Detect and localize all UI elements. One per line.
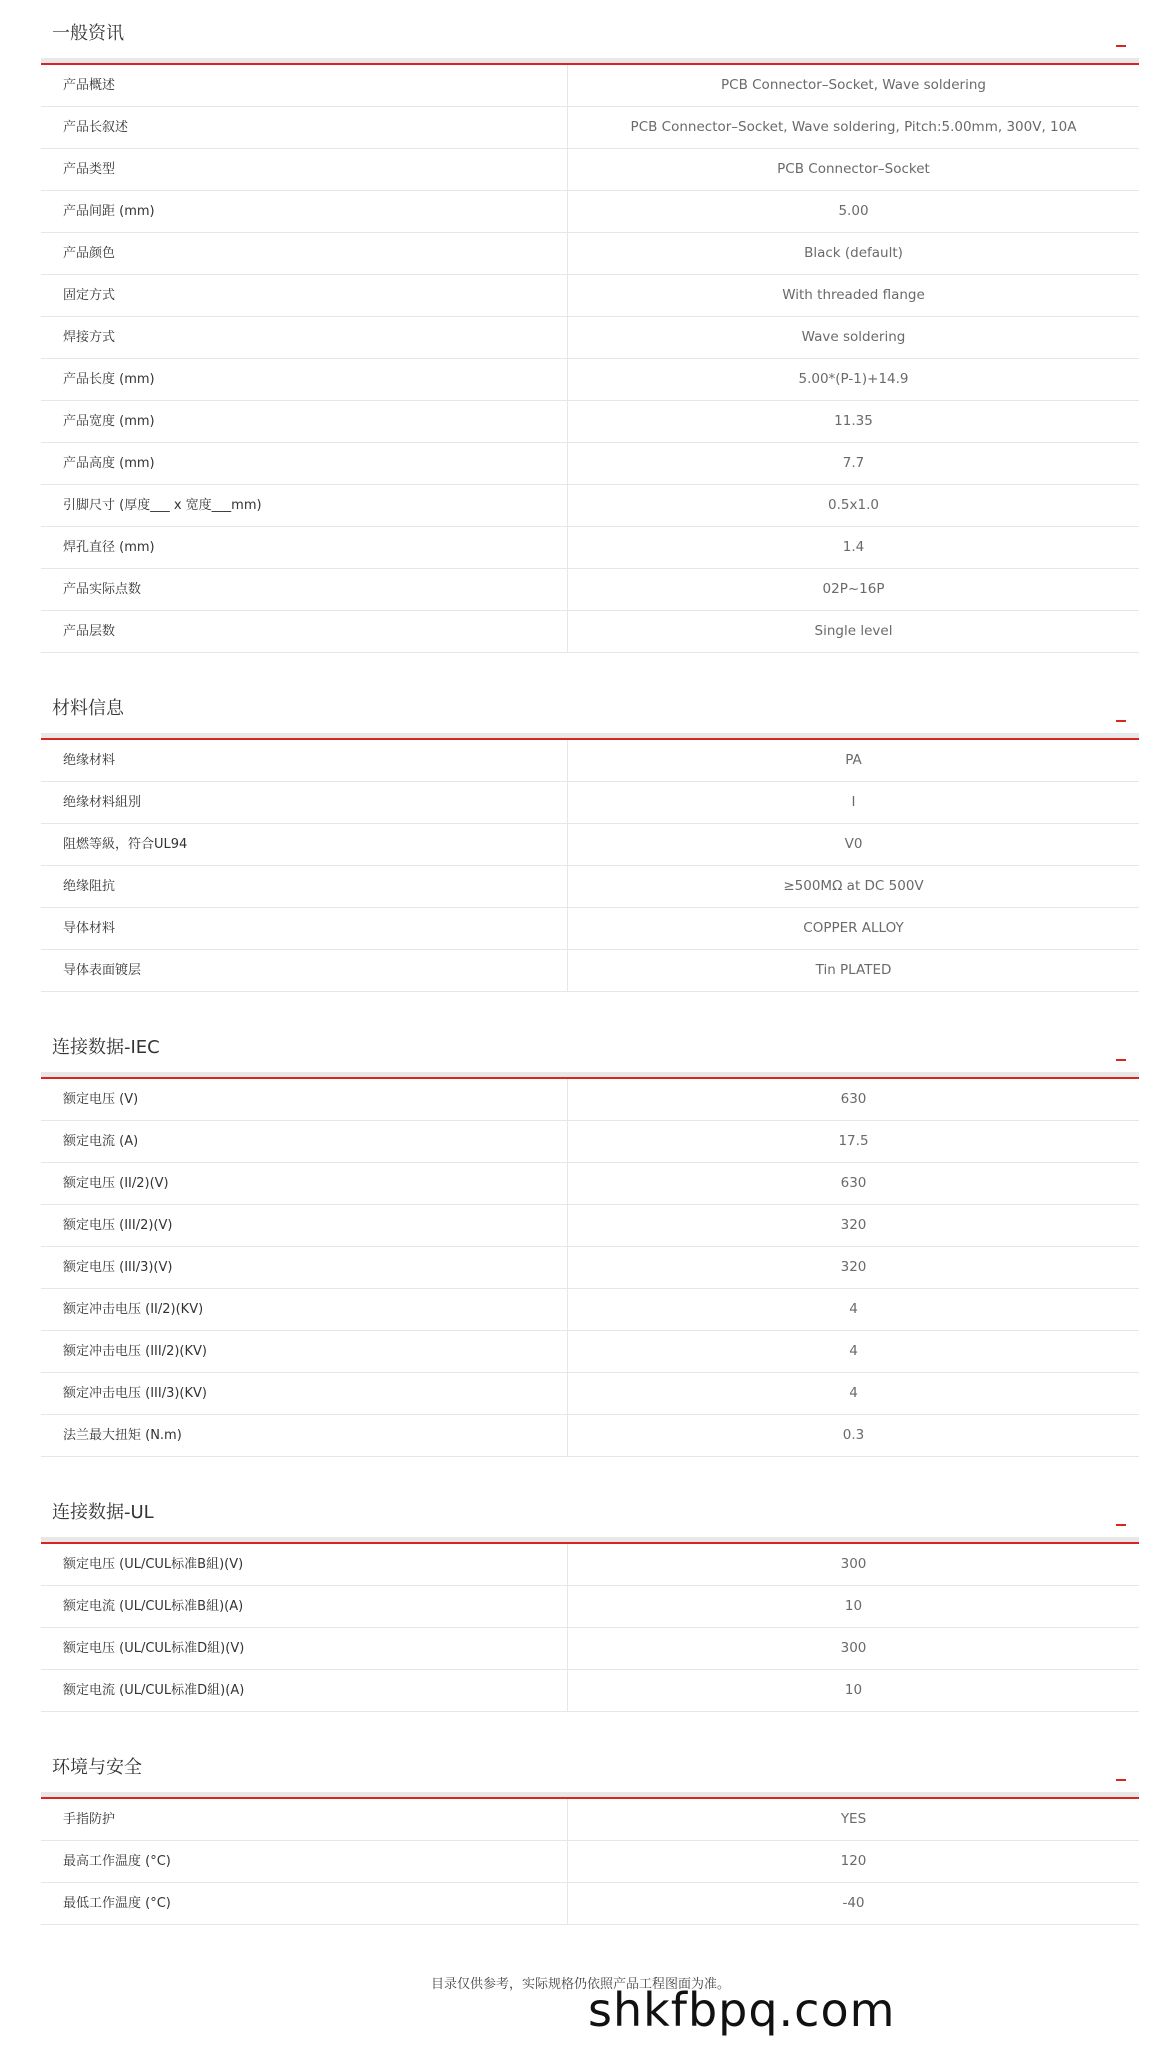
- spec-label: 额定电流 (A): [41, 1121, 568, 1162]
- spec-label: 产品宽度 (mm): [41, 401, 568, 442]
- spec-table: 绝缘材料PA绝缘材料組別I阻燃等級，符合UL94V0绝缘阻抗≥500MΩ at …: [41, 740, 1139, 992]
- spec-value: YES: [568, 1799, 1139, 1840]
- spec-value: 5.00*(P-1)+14.9: [568, 359, 1139, 400]
- spec-label: 产品长度 (mm): [41, 359, 568, 400]
- section-header[interactable]: 材料信息: [41, 675, 1139, 733]
- spec-label: 产品实际点数: [41, 569, 568, 610]
- spec-label: 产品长叙述: [41, 107, 568, 148]
- table-row: 额定电压 (UL/CUL标准D組)(V)300: [41, 1628, 1139, 1670]
- spec-value: Tin PLATED: [568, 950, 1139, 991]
- spec-value: Wave soldering: [568, 317, 1139, 358]
- table-row: 最低工作温度 (°C)-40: [41, 1883, 1139, 1925]
- spec-value: ≥500MΩ at DC 500V: [568, 866, 1139, 907]
- table-row: 绝缘材料組別I: [41, 782, 1139, 824]
- section-header[interactable]: 连接数据-UL: [41, 1479, 1139, 1537]
- spec-table: 额定电压 (UL/CUL标准B組)(V)300额定电流 (UL/CUL标准B組)…: [41, 1544, 1139, 1712]
- table-row: 额定电压 (V)630: [41, 1079, 1139, 1121]
- spec-value: With threaded flange: [568, 275, 1139, 316]
- spec-value: 02P~16P: [568, 569, 1139, 610]
- section-header[interactable]: 环境与安全: [41, 1734, 1139, 1792]
- spec-label: 法兰最大扭矩 (N.m): [41, 1415, 568, 1456]
- section-material-info: 材料信息 绝缘材料PA绝缘材料組別I阻燃等級，符合UL94V0绝缘阻抗≥500M…: [41, 675, 1139, 992]
- table-row: 额定冲击电压 (III/2)(KV)4: [41, 1331, 1139, 1373]
- table-row: 额定电压 (II/2)(V)630: [41, 1163, 1139, 1205]
- spec-value: 300: [568, 1544, 1139, 1585]
- table-row: 额定电压 (III/2)(V)320: [41, 1205, 1139, 1247]
- spec-label: 额定电流 (UL/CUL标准B組)(A): [41, 1586, 568, 1627]
- section-connection-ul: 连接数据-UL 额定电压 (UL/CUL标准B組)(V)300额定电流 (UL/…: [41, 1479, 1139, 1712]
- spec-label: 额定冲击电压 (II/2)(KV): [41, 1289, 568, 1330]
- spec-label: 产品高度 (mm): [41, 443, 568, 484]
- table-row: 法兰最大扭矩 (N.m)0.3: [41, 1415, 1139, 1457]
- spec-value: 4: [568, 1331, 1139, 1372]
- spec-value: COPPER ALLOY: [568, 908, 1139, 949]
- watermark-text: shkfbpq.com: [588, 1985, 895, 2035]
- spec-value: 0.5x1.0: [568, 485, 1139, 526]
- spec-table: 额定电压 (V)630额定电流 (A)17.5额定电压 (II/2)(V)630…: [41, 1079, 1139, 1457]
- table-row: 额定电流 (UL/CUL标准B組)(A)10: [41, 1586, 1139, 1628]
- spec-value: 1.4: [568, 527, 1139, 568]
- table-row: 产品颜色Black (default): [41, 233, 1139, 275]
- spec-label: 手指防护: [41, 1799, 568, 1840]
- spec-label: 导体材料: [41, 908, 568, 949]
- table-row: 产品长度 (mm)5.00*(P-1)+14.9: [41, 359, 1139, 401]
- spec-label: 额定冲击电压 (III/3)(KV): [41, 1373, 568, 1414]
- table-row: 导体材料COPPER ALLOY: [41, 908, 1139, 950]
- spec-label: 产品间距 (mm): [41, 191, 568, 232]
- spec-value: 120: [568, 1841, 1139, 1882]
- spec-value: I: [568, 782, 1139, 823]
- spec-label: 额定电压 (UL/CUL标准B組)(V): [41, 1544, 568, 1585]
- section-environment-safety: 环境与安全 手指防护YES最高工作温度 (°C)120最低工作温度 (°C)-4…: [41, 1734, 1139, 1925]
- collapse-minus-icon[interactable]: [1116, 1524, 1126, 1526]
- table-row: 产品概述PCB Connector–Socket, Wave soldering: [41, 65, 1139, 107]
- spec-value: PA: [568, 740, 1139, 781]
- spec-value: 0.3: [568, 1415, 1139, 1456]
- spec-page: 一般资讯 产品概述PCB Connector–Socket, Wave sold…: [41, 0, 1139, 1947]
- section-header[interactable]: 一般资讯: [41, 0, 1139, 58]
- table-row: 额定电压 (III/3)(V)320: [41, 1247, 1139, 1289]
- table-row: 绝缘材料PA: [41, 740, 1139, 782]
- spec-label: 导体表面镀层: [41, 950, 568, 991]
- spec-label: 焊孔直径 (mm): [41, 527, 568, 568]
- section-title: 连接数据-IEC: [52, 1036, 160, 1060]
- table-row: 产品类型PCB Connector–Socket: [41, 149, 1139, 191]
- spec-value: V0: [568, 824, 1139, 865]
- section-title: 一般资讯: [52, 22, 124, 46]
- spec-label: 额定电压 (UL/CUL标准D組)(V): [41, 1628, 568, 1669]
- table-row: 产品高度 (mm)7.7: [41, 443, 1139, 485]
- spec-label: 产品类型: [41, 149, 568, 190]
- collapse-minus-icon[interactable]: [1116, 720, 1126, 722]
- spec-value: 7.7: [568, 443, 1139, 484]
- spec-value: 10: [568, 1586, 1139, 1627]
- spec-label: 产品概述: [41, 65, 568, 106]
- spec-table: 产品概述PCB Connector–Socket, Wave soldering…: [41, 65, 1139, 653]
- spec-label: 产品颜色: [41, 233, 568, 274]
- spec-value: 11.35: [568, 401, 1139, 442]
- table-row: 额定电流 (UL/CUL标准D組)(A)10: [41, 1670, 1139, 1712]
- table-row: 产品长叙述PCB Connector–Socket, Wave solderin…: [41, 107, 1139, 149]
- spec-value: 4: [568, 1289, 1139, 1330]
- table-row: 额定电压 (UL/CUL标准B組)(V)300: [41, 1544, 1139, 1586]
- spec-label: 额定电流 (UL/CUL标准D組)(A): [41, 1670, 568, 1711]
- spec-value: 10: [568, 1670, 1139, 1711]
- spec-value: 630: [568, 1163, 1139, 1204]
- section-title: 连接数据-UL: [52, 1501, 154, 1525]
- table-row: 焊接方式Wave soldering: [41, 317, 1139, 359]
- spec-value: PCB Connector–Socket, Wave soldering: [568, 65, 1139, 106]
- table-row: 固定方式With threaded flange: [41, 275, 1139, 317]
- spec-value: Single level: [568, 611, 1139, 652]
- spec-label: 最高工作温度 (°C): [41, 1841, 568, 1882]
- spec-value: Black (default): [568, 233, 1139, 274]
- spec-label: 额定电压 (V): [41, 1079, 568, 1120]
- table-row: 额定冲击电压 (II/2)(KV)4: [41, 1289, 1139, 1331]
- spec-label: 最低工作温度 (°C): [41, 1883, 568, 1924]
- spec-value: 4: [568, 1373, 1139, 1414]
- table-row: 额定冲击电压 (III/3)(KV)4: [41, 1373, 1139, 1415]
- spec-label: 阻燃等級，符合UL94: [41, 824, 568, 865]
- table-row: 产品间距 (mm)5.00: [41, 191, 1139, 233]
- table-row: 产品宽度 (mm)11.35: [41, 401, 1139, 443]
- table-row: 阻燃等級，符合UL94V0: [41, 824, 1139, 866]
- collapse-minus-icon[interactable]: [1116, 1779, 1126, 1781]
- spec-label: 固定方式: [41, 275, 568, 316]
- section-title: 环境与安全: [52, 1756, 142, 1780]
- spec-label: 额定电压 (III/2)(V): [41, 1205, 568, 1246]
- table-row: 额定电流 (A)17.5: [41, 1121, 1139, 1163]
- spec-value: 300: [568, 1628, 1139, 1669]
- collapse-minus-icon[interactable]: [1116, 45, 1126, 47]
- spec-value: -40: [568, 1883, 1139, 1924]
- section-connection-iec: 连接数据-IEC 额定电压 (V)630额定电流 (A)17.5额定电压 (II…: [41, 1014, 1139, 1457]
- spec-table: 手指防护YES最高工作温度 (°C)120最低工作温度 (°C)-40: [41, 1799, 1139, 1925]
- spec-value: 630: [568, 1079, 1139, 1120]
- spec-label: 绝缘阻抗: [41, 866, 568, 907]
- spec-label: 额定冲击电压 (III/2)(KV): [41, 1331, 568, 1372]
- section-title: 材料信息: [52, 697, 124, 721]
- spec-label: 绝缘材料組別: [41, 782, 568, 823]
- spec-value: 320: [568, 1247, 1139, 1288]
- table-row: 手指防护YES: [41, 1799, 1139, 1841]
- table-row: 产品层数Single level: [41, 611, 1139, 653]
- spec-label: 焊接方式: [41, 317, 568, 358]
- spec-value: 320: [568, 1205, 1139, 1246]
- spec-label: 产品层数: [41, 611, 568, 652]
- spec-value: 17.5: [568, 1121, 1139, 1162]
- section-header[interactable]: 连接数据-IEC: [41, 1014, 1139, 1072]
- section-general-info: 一般资讯 产品概述PCB Connector–Socket, Wave sold…: [41, 0, 1139, 653]
- spec-value: PCB Connector–Socket, Wave soldering, Pi…: [568, 107, 1139, 148]
- table-row: 引脚尺寸 (厚度___ x 宽度___mm)0.5x1.0: [41, 485, 1139, 527]
- spec-value: 5.00: [568, 191, 1139, 232]
- spec-label: 绝缘材料: [41, 740, 568, 781]
- table-row: 产品实际点数02P~16P: [41, 569, 1139, 611]
- collapse-minus-icon[interactable]: [1116, 1059, 1126, 1061]
- table-row: 焊孔直径 (mm)1.4: [41, 527, 1139, 569]
- table-row: 导体表面镀层Tin PLATED: [41, 950, 1139, 992]
- spec-value: PCB Connector–Socket: [568, 149, 1139, 190]
- table-row: 绝缘阻抗≥500MΩ at DC 500V: [41, 866, 1139, 908]
- spec-label: 额定电压 (II/2)(V): [41, 1163, 568, 1204]
- spec-label: 引脚尺寸 (厚度___ x 宽度___mm): [41, 485, 568, 526]
- spec-label: 额定电压 (III/3)(V): [41, 1247, 568, 1288]
- table-row: 最高工作温度 (°C)120: [41, 1841, 1139, 1883]
